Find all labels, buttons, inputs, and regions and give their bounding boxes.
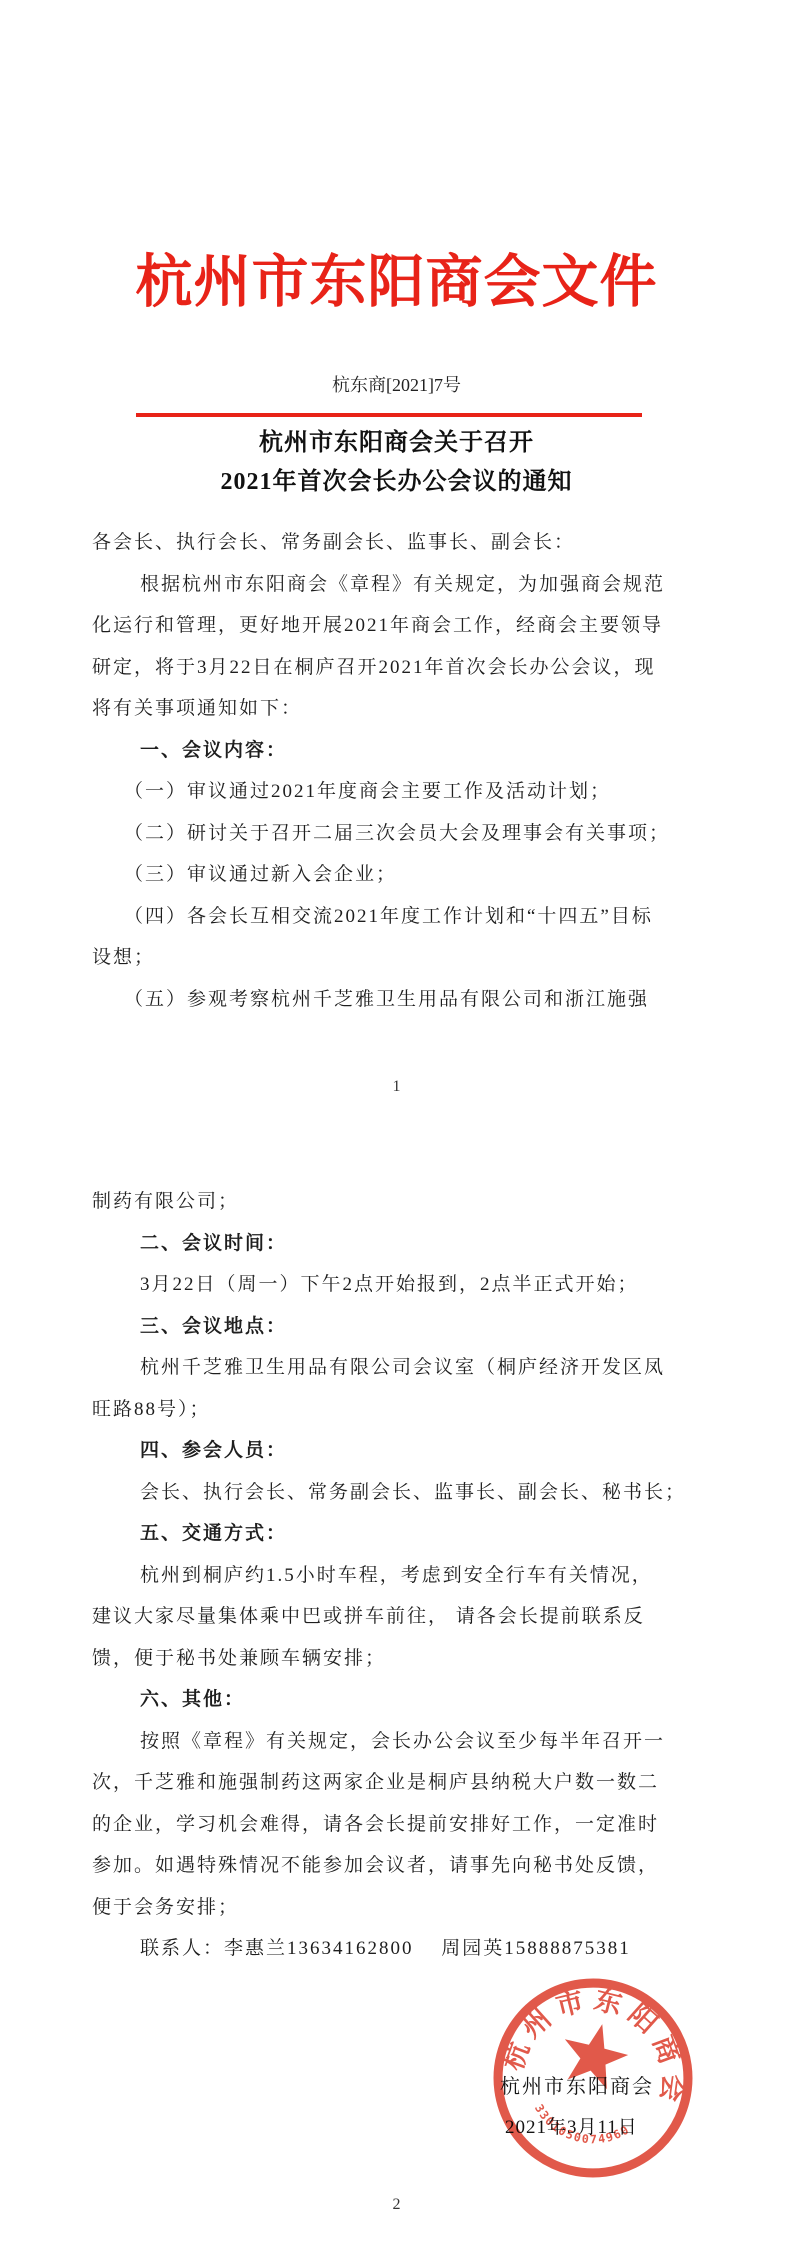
body-line: （一）审议通过2021年度商会主要工作及活动计划； [92,771,674,813]
body-line: 二、会议时间： [92,1223,674,1265]
body-line: 杭州到桐庐约1.5小时车程，考虑到安全行车有关情况， [92,1555,674,1597]
body-line: （四）各会长互相交流2021年度工作计划和“十四五”目标 [92,896,674,938]
document-header-title: 杭州市东阳商会文件 [0,252,793,314]
body-line: （五）参观考察杭州千芝雅卫生用品有限公司和浙江施强 [92,979,674,1021]
notice-title: 杭州市东阳商会关于召开 2021年首次会长办公会议的通知 [0,424,793,502]
body-line: 联系人：李惠兰13634162800 周园英15888875381 [92,1928,674,1970]
body-line: 将有关事项通知如下： [92,688,674,730]
body-line: 设想； [92,937,674,979]
body-line: 制药有限公司； [92,1181,674,1223]
body-line: 杭州千芝雅卫生用品有限公司会议室（桐庐经济开发区凤 [92,1347,674,1389]
body-line: 3月22日（周一）下午2点开始报到，2点半正式开始； [92,1264,674,1306]
body-line: 旺路88号）； [92,1389,674,1431]
document-number: 杭东商[2021]7号 [0,374,793,396]
page2-number: 2 [0,2196,793,2214]
body-line: 一、会议内容： [92,730,674,772]
body-line: 会长、执行会长、常务副会长、监事长、副会长、秘书长； [92,1472,674,1514]
body-line: 化运行和管理，更好地开展2021年商会工作，经商会主要领导 [92,605,674,647]
body-line: 馈，便于秘书处兼顾车辆安排； [92,1638,674,1680]
body-line: 次，千芝雅和施强制药这两家企业是桐庐县纳税大户数一数二 [92,1762,674,1804]
body-line: 根据杭州市东阳商会《章程》有关规定，为加强商会规范 [92,564,674,606]
signature-organization: 杭州市东阳商会 [500,2070,654,2099]
body-line: 六、其他： [92,1679,674,1721]
body-line: （二）研讨关于召开二届三次会员大会及理事会有关事项； [92,813,674,855]
page2-body: 制药有限公司；二、会议时间：3月22日（周一）下午2点开始报到，2点半正式开始；… [92,1181,674,1970]
body-line: 便于会务安排； [92,1887,674,1929]
notice-title-line1: 杭州市东阳商会关于召开 [0,424,793,463]
body-line: 参加。如遇特殊情况不能参加会议者，请事先向秘书处反馈， [92,1845,674,1887]
body-line: 建议大家尽量集体乘中巴或拼车前往， 请各会长提前联系反 [92,1596,674,1638]
scanned-document: 杭州市东阳商会文件 杭东商[2021]7号 杭州市东阳商会关于召开 2021年首… [0,0,793,2244]
body-line: 五、交通方式： [92,1513,674,1555]
signature-date: 2021年3月11日 [505,2112,638,2139]
red-divider-rule [136,413,642,417]
page1-body: 各会长、执行会长、常务副会长、监事长、副会长：根据杭州市东阳商会《章程》有关规定… [92,522,674,1020]
page1-number: 1 [0,1078,793,1096]
body-line: 四、参会人员： [92,1430,674,1472]
body-line: （三）审议通过新入会企业； [92,854,674,896]
body-line: 三、会议地点： [92,1306,674,1348]
body-line: 的企业，学习机会难得，请各会长提前安排好工作，一定准时 [92,1804,674,1846]
body-line: 按照《章程》有关规定，会长办公会议至少每半年召开一 [92,1721,674,1763]
body-line: 研定，将于3月22日在桐庐召开2021年首次会长办公会议，现 [92,647,674,689]
body-line: 各会长、执行会长、常务副会长、监事长、副会长： [92,522,674,564]
notice-title-line2: 2021年首次会长办公会议的通知 [0,463,793,502]
